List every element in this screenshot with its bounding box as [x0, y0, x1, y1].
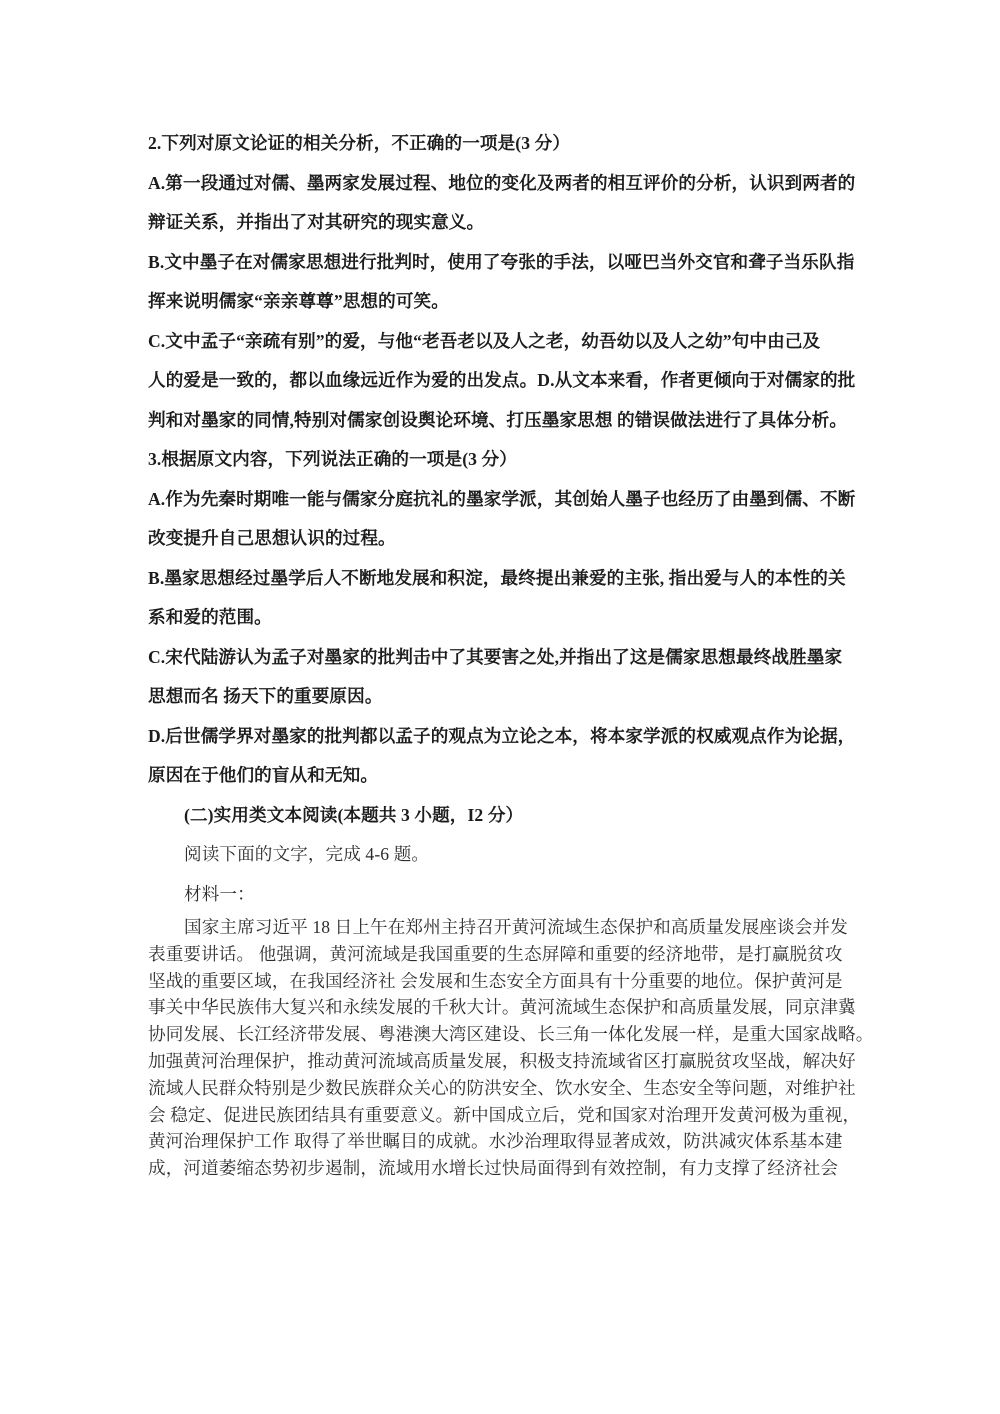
question-3-option-d-line: 原因在于他们的盲从和无知。: [148, 756, 864, 796]
question-2-option-c-line: C.文中孟子“亲疏有别”的爱，与他“老吾老以及人之老，幼吾幼以及人之幼”句中由己…: [148, 322, 864, 362]
material-1-line: 黄河治理保护工作 取得了举世瞩目的成就。水沙治理取得显著成效，防洪减灾体系基本建: [148, 1128, 864, 1155]
question-3-option-b-line: B.墨家思想经过墨学后人不断地发展和积淀，最终提出兼爱的主张, 指出爱与人的本性…: [148, 559, 864, 599]
material-1-line: 表重要讲话。 他强调，黄河流域是我国重要的生态屏障和重要的经济地带，是打赢脱贫攻: [148, 941, 864, 968]
material-1-line: 国家主席习近平 18 日上午在郑州主持召开黄河流域生态保护和高质量发展座谈会并发: [148, 914, 864, 941]
question-2-option-d-line: 判和对墨家的同情,特别对儒家创设舆论环境、打压墨家思想 的错误做法进行了具体分析…: [148, 401, 864, 441]
material-1-line: 成，河道萎缩态势初步遏制，流域用水增长过快局面得到有效控制，有力支撑了经济社会: [148, 1155, 864, 1182]
material-1-line: 流域人民群众特别是少数民族群众关心的防洪安全、饮水安全、生态安全等问题，对维护社: [148, 1075, 864, 1102]
question-3-block: 3.根据原文内容，下列说法正确的一项是(3 分） A.作为先秦时期唯一能与儒家分…: [148, 440, 864, 796]
question-3-option-a-line: 改变提升自己思想认识的过程。: [148, 519, 864, 559]
question-2-option-a-line: 辩证关系，并指出了对其研究的现实意义。: [148, 203, 864, 243]
material-1-line: 事关中华民族伟大复兴和永续发展的千秋大计。黄河流域生态保护和高质量发展，同京津冀: [148, 994, 864, 1021]
question-3-option-d-line: D.后世儒学界对墨家的批判都以孟子的观点为立论之本，将本家学派的权威观点作为论据…: [148, 717, 864, 757]
reading-instruction: 阅读下面的文字，完成 4-6 题。: [148, 835, 864, 875]
exam-page: 2.下列对原文论证的相关分析，不正确的一项是(3 分） A.第一段通过对儒、墨两…: [0, 0, 1000, 1414]
question-2-option-b-line: 挥来说明儒家“亲亲尊尊”思想的可笑。: [148, 282, 864, 322]
question-2-option-b-line: B.文中墨子在对儒家思想进行批判时，使用了夸张的手法，以哑巴当外交官和聋子当乐队…: [148, 243, 864, 283]
material-1-label: 材料一：: [148, 875, 864, 915]
material-1-line: 会 稳定、促进民族团结具有重要意义。新中国成立后，党和国家对治理开发黄河极为重视…: [148, 1102, 864, 1129]
material-1-paragraph: 国家主席习近平 18 日上午在郑州主持召开黄河流域生态保护和高质量发展座谈会并发…: [148, 914, 864, 1182]
page-content: 2.下列对原文论证的相关分析，不正确的一项是(3 分） A.第一段通过对儒、墨两…: [148, 124, 864, 1182]
question-3-stem: 3.根据原文内容，下列说法正确的一项是(3 分）: [148, 440, 864, 480]
question-2-option-cd-line: 人的爱是一致的，都以血缘远近作为爱的出发点。D.从文本来看，作者更倾向于对儒家的…: [148, 361, 864, 401]
question-2-block: 2.下列对原文论证的相关分析，不正确的一项是(3 分） A.第一段通过对儒、墨两…: [148, 124, 864, 440]
material-1-line: 坚战的重要区域，在我国经济社 会发展和生态安全方面具有十分重要的地位。保护黄河是: [148, 968, 864, 995]
question-3-option-a-line: A.作为先秦时期唯一能与儒家分庭抗礼的墨家学派，其创始人墨子也经历了由墨到儒、不…: [148, 480, 864, 520]
question-2-stem: 2.下列对原文论证的相关分析，不正确的一项是(3 分）: [148, 124, 864, 164]
section-2-block: (二)实用类文本阅读(本题共 3 小题，I2 分） 阅读下面的文字，完成 4-6…: [148, 796, 864, 915]
question-3-option-c-line: C.宋代陆游认为孟子对墨家的批判击中了其要害之处,并指出了这是儒家思想最终战胜墨…: [148, 638, 864, 678]
question-3-option-c-line: 思想而名 扬天下的重要原因。: [148, 677, 864, 717]
section-2-heading: (二)实用类文本阅读(本题共 3 小题，I2 分）: [148, 796, 864, 836]
material-1-line: 加强黄河治理保护，推动黄河流域高质量发展，积极支持流域省区打赢脱贫攻坚战，解决好: [148, 1048, 864, 1075]
question-3-option-b-line: 系和爱的范围。: [148, 598, 864, 638]
material-1-line: 协同发展、长江经济带发展、粤港澳大湾区建设、长三角一体化发展一样，是重大国家战略…: [148, 1021, 864, 1048]
question-2-option-a-line: A.第一段通过对儒、墨两家发展过程、地位的变化及两者的相互评价的分析，认识到两者…: [148, 164, 864, 204]
